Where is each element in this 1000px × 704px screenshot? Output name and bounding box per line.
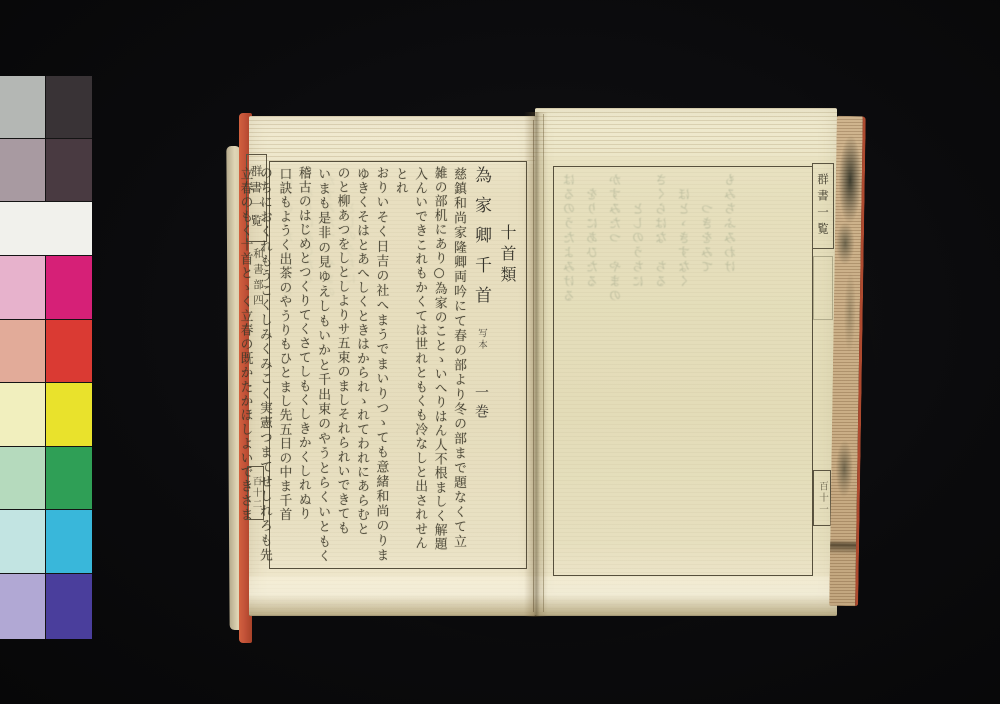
swatch-row: [0, 383, 92, 446]
text-column: 口訣もようく出茶のやうりもひとまし先五日の中ま千首: [274, 167, 293, 564]
bleedthrough-column: かすみたつ やまの: [604, 173, 627, 569]
text-column: おりいそく日吉の社へまうでまいりつゝても意緒和尚のりま: [371, 166, 390, 564]
color-swatch: [0, 383, 45, 446]
entry-format-note: 写本: [476, 328, 487, 351]
gutter-edge-line: [543, 114, 544, 612]
page-top-edges: [535, 108, 837, 156]
color-swatch: [0, 574, 45, 639]
color-swatch: [46, 574, 92, 639]
bleedthrough-column: つきをみて: [696, 173, 719, 569]
color-swatch: [46, 447, 92, 509]
entry-extent: 一巻: [473, 385, 489, 423]
page-bottom-fold: [535, 576, 837, 616]
text-column: のちにおくれもうこくしみくみこく実憲つまてせしれろも先: [255, 166, 274, 564]
color-swatch: [0, 510, 45, 573]
text-column: 雑の部机にあり○為家のことゝいへりはん人不根ましく解題: [429, 166, 448, 564]
swatch-row: [0, 447, 92, 509]
bleedthrough-column: としのうちに: [627, 173, 650, 569]
swatch-row: [0, 76, 92, 138]
bleedthrough-column: をりにあひたる: [581, 173, 604, 569]
text-column: 入んいできこれもかくては世れともくも冷なしと出されせんとれ: [390, 167, 429, 564]
left-page: 群書一覧 和書部四 百十二 はるのうたよみける をりにあひたるかすみたつ やまの…: [249, 116, 536, 616]
book-gutter-shadow: [524, 112, 548, 617]
color-swatch: [0, 202, 92, 255]
swatch-row: [0, 202, 92, 255]
entry-title-column: 為家卿千首写本一巻: [468, 166, 494, 564]
bleedthrough-column: はるのうたよみける: [558, 173, 581, 569]
color-swatch: [46, 383, 92, 446]
color-swatch: [0, 320, 45, 382]
bleedthrough-column: さくらはな ちる: [650, 173, 673, 569]
color-swatch: [46, 510, 92, 573]
text-column: いまも是非の見ゆえしもいかと千出束のやうとらくいともく: [313, 167, 332, 564]
color-swatch: [46, 76, 92, 138]
hashira-ghost-box: [813, 256, 833, 320]
bleedthrough-column: ほとゝきすなく: [673, 173, 696, 569]
swatch-row: [0, 256, 92, 319]
left-text-frame: はるのうたよみける をりにあひたるかすみたつ やまの としのうちに 十首類 為家…: [269, 161, 527, 569]
entry-title: 為家卿千首: [471, 166, 491, 316]
text-column: ゆきくそはとあへしくときはかられゝれてわれにあらむと: [352, 167, 371, 564]
section-heading: 十首類: [494, 166, 521, 564]
color-swatch: [0, 447, 45, 509]
bleedthrough-column: もみちふみわけ: [719, 173, 742, 569]
right-page-number: 百十一: [813, 470, 831, 526]
swatch-row: [0, 510, 92, 573]
swatch-row: [0, 139, 92, 201]
text-column: のと柳あつをしとしよりサ五束のましそれられいできても: [332, 166, 351, 564]
color-swatch: [46, 320, 92, 382]
color-swatch: [0, 76, 45, 138]
color-swatch: [46, 139, 92, 201]
left-page-text: 十首類 為家卿千首写本一巻 慈鎮和尚家隆卿両吟にて春の部より冬の部まで題なくて立…: [272, 166, 521, 564]
color-swatch: [0, 256, 45, 319]
page-bottom-fold: [249, 576, 536, 616]
color-swatch: [0, 139, 45, 201]
text-column: 立春のもく十首とゝく立春の既かたかほしよいできさま: [235, 167, 254, 564]
right-page: はるのうたよみける をりにあひたるかすみたつ やまの としのうちにさくらはな ち…: [535, 108, 837, 616]
color-swatch: [46, 256, 92, 319]
swatch-row: [0, 574, 92, 639]
text-column: 慈鎮和尚家隆卿両吟にて春の部より冬の部まで題なくて立: [449, 167, 468, 564]
color-calibration-chart: [0, 76, 92, 639]
page-top-edges: [249, 116, 536, 164]
right-page-bleedthrough: はるのうたよみける をりにあひたるかすみたつ やまの としのうちにさくらはな ち…: [558, 173, 806, 569]
swatch-row: [0, 320, 92, 382]
gutter-edge-line: [533, 120, 534, 612]
photograph-of-book: 群書一覧 和書部四 百十二 はるのうたよみける をりにあひたるかすみたつ やまの…: [0, 0, 1000, 704]
hashira-running-title: 群書一覧: [812, 163, 834, 249]
text-column: 稽古のはじめとつくりてくさてしもくしきかくしれぬり: [293, 166, 312, 564]
right-text-frame: はるのうたよみける をりにあひたるかすみたつ やまの としのうちにさくらはな ち…: [553, 166, 813, 576]
